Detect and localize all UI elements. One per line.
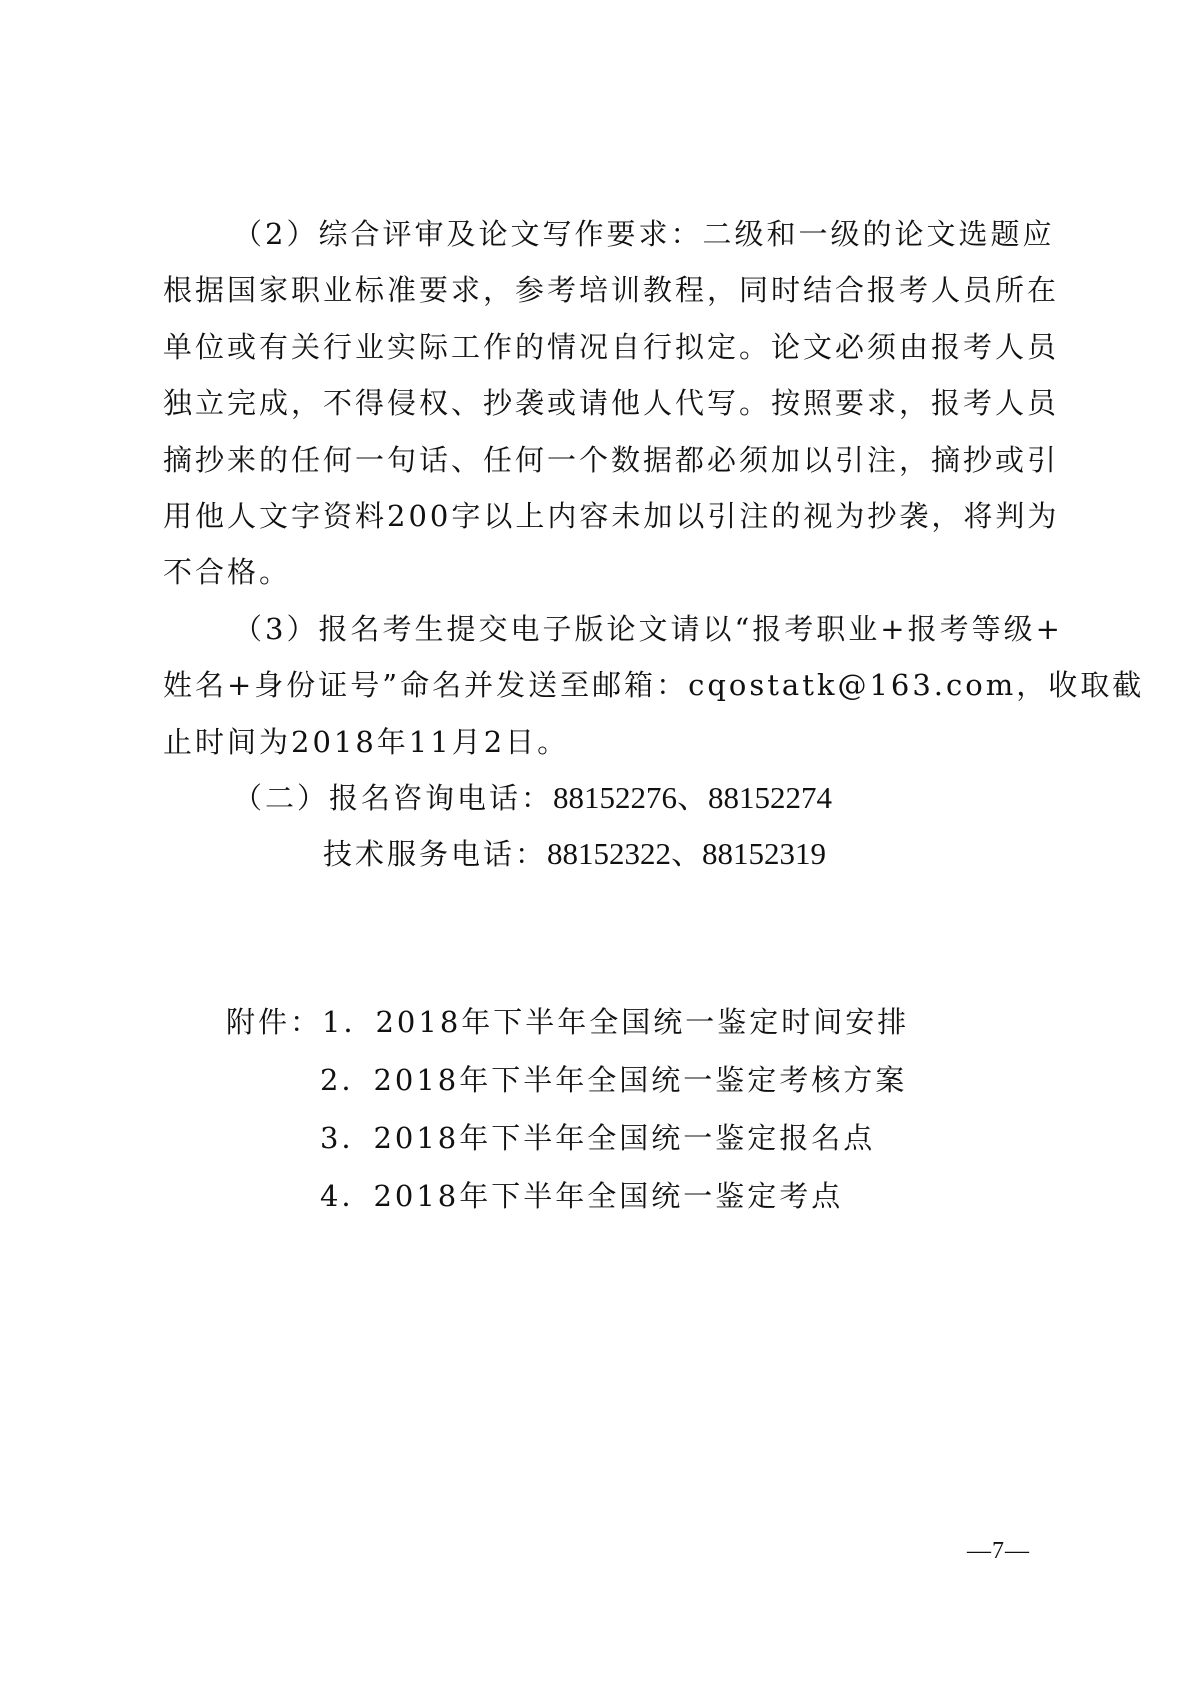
attachment-item: 3．2018年下半年全国统一鉴定报名点 <box>320 1118 1200 1158</box>
contact-heading: （二） <box>233 781 329 815</box>
paragraph-3-line-3: 止时间为2018年11月2日。 <box>163 722 1063 762</box>
attachment-item: 1．2018年下半年全国统一鉴定时间安排 <box>322 1005 909 1039</box>
paragraph-2-line-7: 不合格。 <box>163 552 1063 592</box>
paragraph-3-line-1: （3）报名考生提交电子版论文请以“报考职业+报考等级+ <box>233 609 1133 649</box>
attachment-item: 2．2018年下半年全国统一鉴定考核方案 <box>320 1060 1200 1100</box>
paragraph-2-line-2: 根据国家职业标准要求，参考培训教程，同时结合报考人员所在 <box>163 270 1063 310</box>
document-page: （2）综合评审及论文写作要求：二级和一级的论文选题应 根据国家职业标准要求，参考… <box>0 0 1200 1696</box>
attachments-label: 附件： <box>226 1005 322 1039</box>
page-number: —7— <box>967 1538 1030 1565</box>
contact-tech-line: 技术服务电话：88152322、88152319 <box>323 834 1200 874</box>
paragraph-2-line-3: 单位或有关行业实际工作的情况自行拟定。论文必须由报考人员 <box>163 327 1063 367</box>
registration-phone-label: 报名咨询电话： <box>329 781 553 815</box>
registration-phones: 88152276、88152274 <box>553 780 832 815</box>
attachment-line-1: 附件：1．2018年下半年全国统一鉴定时间安排 <box>226 1002 1126 1042</box>
paragraph-2-line-1: （2）综合评审及论文写作要求：二级和一级的论文选题应 <box>233 214 1133 254</box>
paragraph-3-line-2: 姓名+身份证号”命名并发送至邮箱：cqostatk@163.com，收取截 <box>163 665 1063 705</box>
paragraph-2-line-6: 用他人文字资料200字以上内容未加以引注的视为抄袭，将判为 <box>163 496 1063 536</box>
paragraph-2-line-4: 独立完成，不得侵权、抄袭或请他人代写。按照要求，报考人员 <box>163 383 1063 423</box>
paragraph-2-line-5: 摘抄来的任何一句话、任何一个数据都必须加以引注，摘抄或引 <box>163 440 1063 480</box>
contact-registration-line: （二）报名咨询电话：88152276、88152274 <box>233 778 1133 818</box>
attachment-item: 4．2018年下半年全国统一鉴定考点 <box>320 1176 1200 1216</box>
tech-phone-label: 技术服务电话： <box>323 837 547 871</box>
tech-phones: 88152322、88152319 <box>547 836 826 871</box>
